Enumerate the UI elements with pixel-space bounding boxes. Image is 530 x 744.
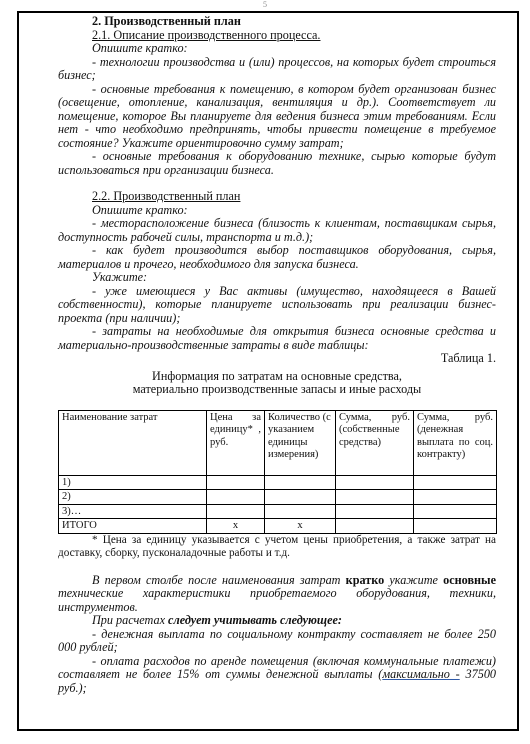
emphasis-consider: следует учитывать следующее: [168,613,342,627]
text-run: технические характеристики приобретаемог… [58,586,496,614]
header-sum-own: Сумма, руб. (собственные средства) [336,410,414,475]
table-cell[interactable] [336,519,414,534]
prompt-describe: Опишите кратко: [58,204,496,218]
table-cell: х [207,519,265,534]
subsection-title-2-2: 2.2. Производственный план [58,190,496,204]
cost-table: Наименование затрат Цена за единицу* , р… [58,410,497,534]
header-unit-price: Цена за единицу* , руб. [207,410,265,475]
instruction-paragraph: В первом столбе после наименования затра… [58,574,496,615]
table-cell[interactable] [414,519,497,534]
table-cell[interactable] [207,504,265,519]
calculation-heading: При расчетах следует учитывать следующее… [58,614,496,628]
table-total-row: ИТОГО х х [59,519,497,534]
max-amount-link[interactable]: максимально - [382,667,459,681]
list-item: - как будет производится выбор поставщик… [58,244,496,271]
list-item: - основные требования к помещению, в кот… [58,83,496,151]
table-cell[interactable]: 2) [59,490,207,505]
table-cell: ИТОГО [59,519,207,534]
table-row: 1) [59,475,497,490]
list-item: - основные требования к оборудованию тех… [58,150,496,177]
table-row: 3)… [59,504,497,519]
page-number: 5 [0,0,530,10]
table-cell[interactable] [414,490,497,505]
prompt-specify: Укажите: [58,271,496,285]
list-item: - технологии производства и (или) процес… [58,56,496,83]
table-title-line2: материально производственные запасы и ин… [58,383,496,397]
table-cell[interactable] [265,490,336,505]
list-item: - месторасположение бизнеса (близость к … [58,217,496,244]
header-quantity: Количество (с указанием единицы измерени… [265,410,336,475]
subsection-title-2-1: 2.1. Описание производственного процесса… [58,29,496,43]
table-cell[interactable] [336,490,414,505]
table-cell[interactable]: 3)… [59,504,207,519]
table-cell[interactable] [414,475,497,490]
table-cell[interactable] [336,475,414,490]
text-run: укажите [384,573,443,587]
table-title-line1: Информация по затратам на основные средс… [58,370,496,384]
list-item: - уже имеющиеся у Вас активы (имущество,… [58,285,496,326]
section-title: 2. Производственный план [58,15,496,29]
text-run: При расчетах [92,613,168,627]
table-cell[interactable]: 1) [59,475,207,490]
table-label: Таблица 1. [58,352,496,366]
table-cell[interactable] [265,504,336,519]
table-header-row: Наименование затрат Цена за единицу* , р… [59,410,497,475]
emphasis-main: основные [443,573,496,587]
table-row: 2) [59,490,497,505]
list-item: - затраты на необходимые для открытия би… [58,325,496,352]
table-cell[interactable] [336,504,414,519]
header-sum-contract: Сумма, руб. (денежная выплата по соц. ко… [414,410,497,475]
prompt-describe: Опишите кратко: [58,42,496,56]
header-cost-name: Наименование затрат [59,410,207,475]
list-item: - денежная выплата по социальному контра… [58,628,496,655]
table-cell[interactable] [265,475,336,490]
table-cell: х [265,519,336,534]
table-cell[interactable] [414,504,497,519]
table-cell[interactable] [207,475,265,490]
text-run: В первом столбе после наименования затра… [92,573,346,587]
document-body: 2. Производственный план 2.1. Описание п… [58,15,496,695]
emphasis-briefly: кратко [346,573,385,587]
table-footnote: * Цена за единицу указывается с учетом ц… [58,534,496,561]
list-item: - оплата расходов по аренде помещения (в… [58,655,496,696]
table-cell[interactable] [207,490,265,505]
